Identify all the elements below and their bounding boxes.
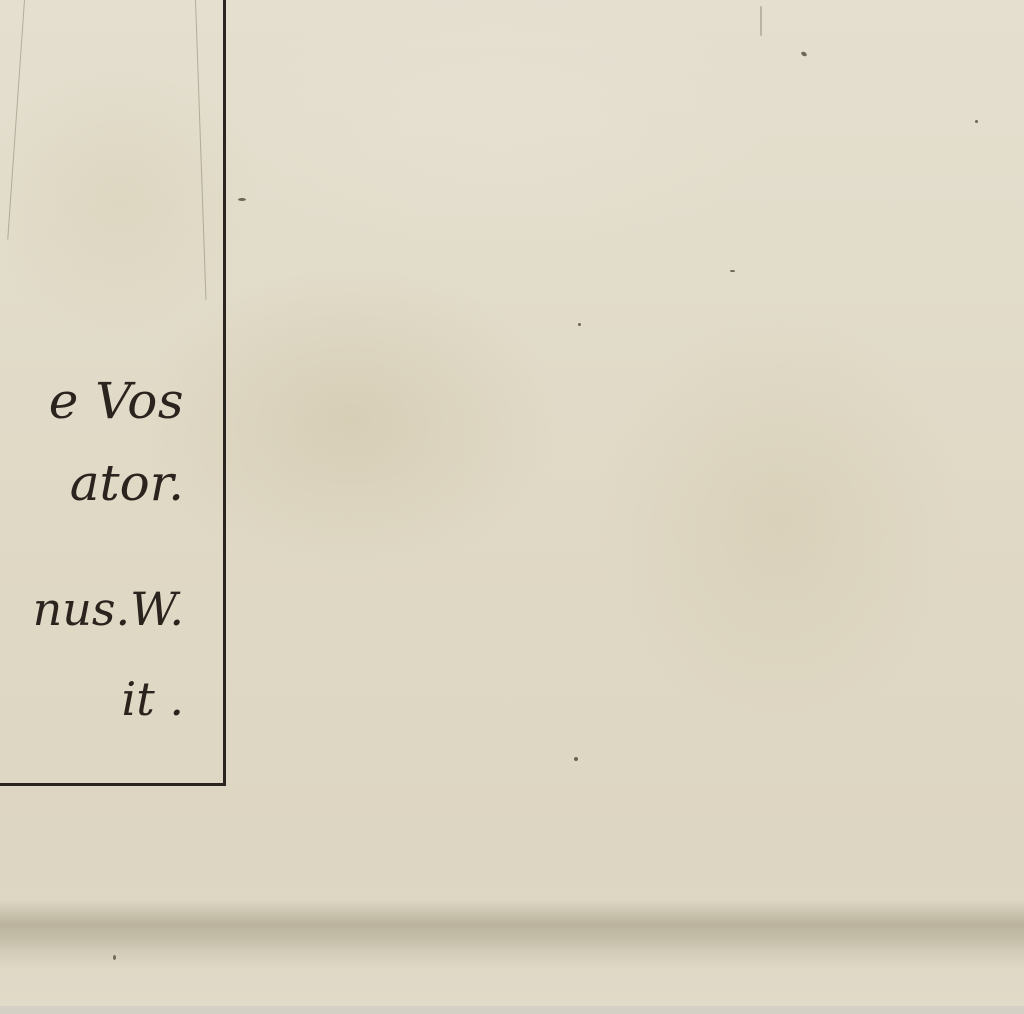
plate-mark-fold bbox=[0, 900, 1024, 970]
caption-line-4: it . bbox=[122, 672, 184, 726]
ink-speck bbox=[760, 6, 762, 36]
paper-bottom-edge bbox=[0, 1006, 1024, 1014]
ink-speck bbox=[574, 757, 578, 761]
ink-speck bbox=[578, 323, 581, 326]
ink-speck bbox=[730, 270, 735, 272]
caption-line-2: ator. bbox=[70, 454, 184, 512]
ink-speck bbox=[975, 120, 978, 123]
caption-line-3: nus.W. bbox=[33, 582, 184, 636]
ink-speck bbox=[238, 198, 246, 201]
caption-line-1: e Vos bbox=[49, 372, 184, 430]
